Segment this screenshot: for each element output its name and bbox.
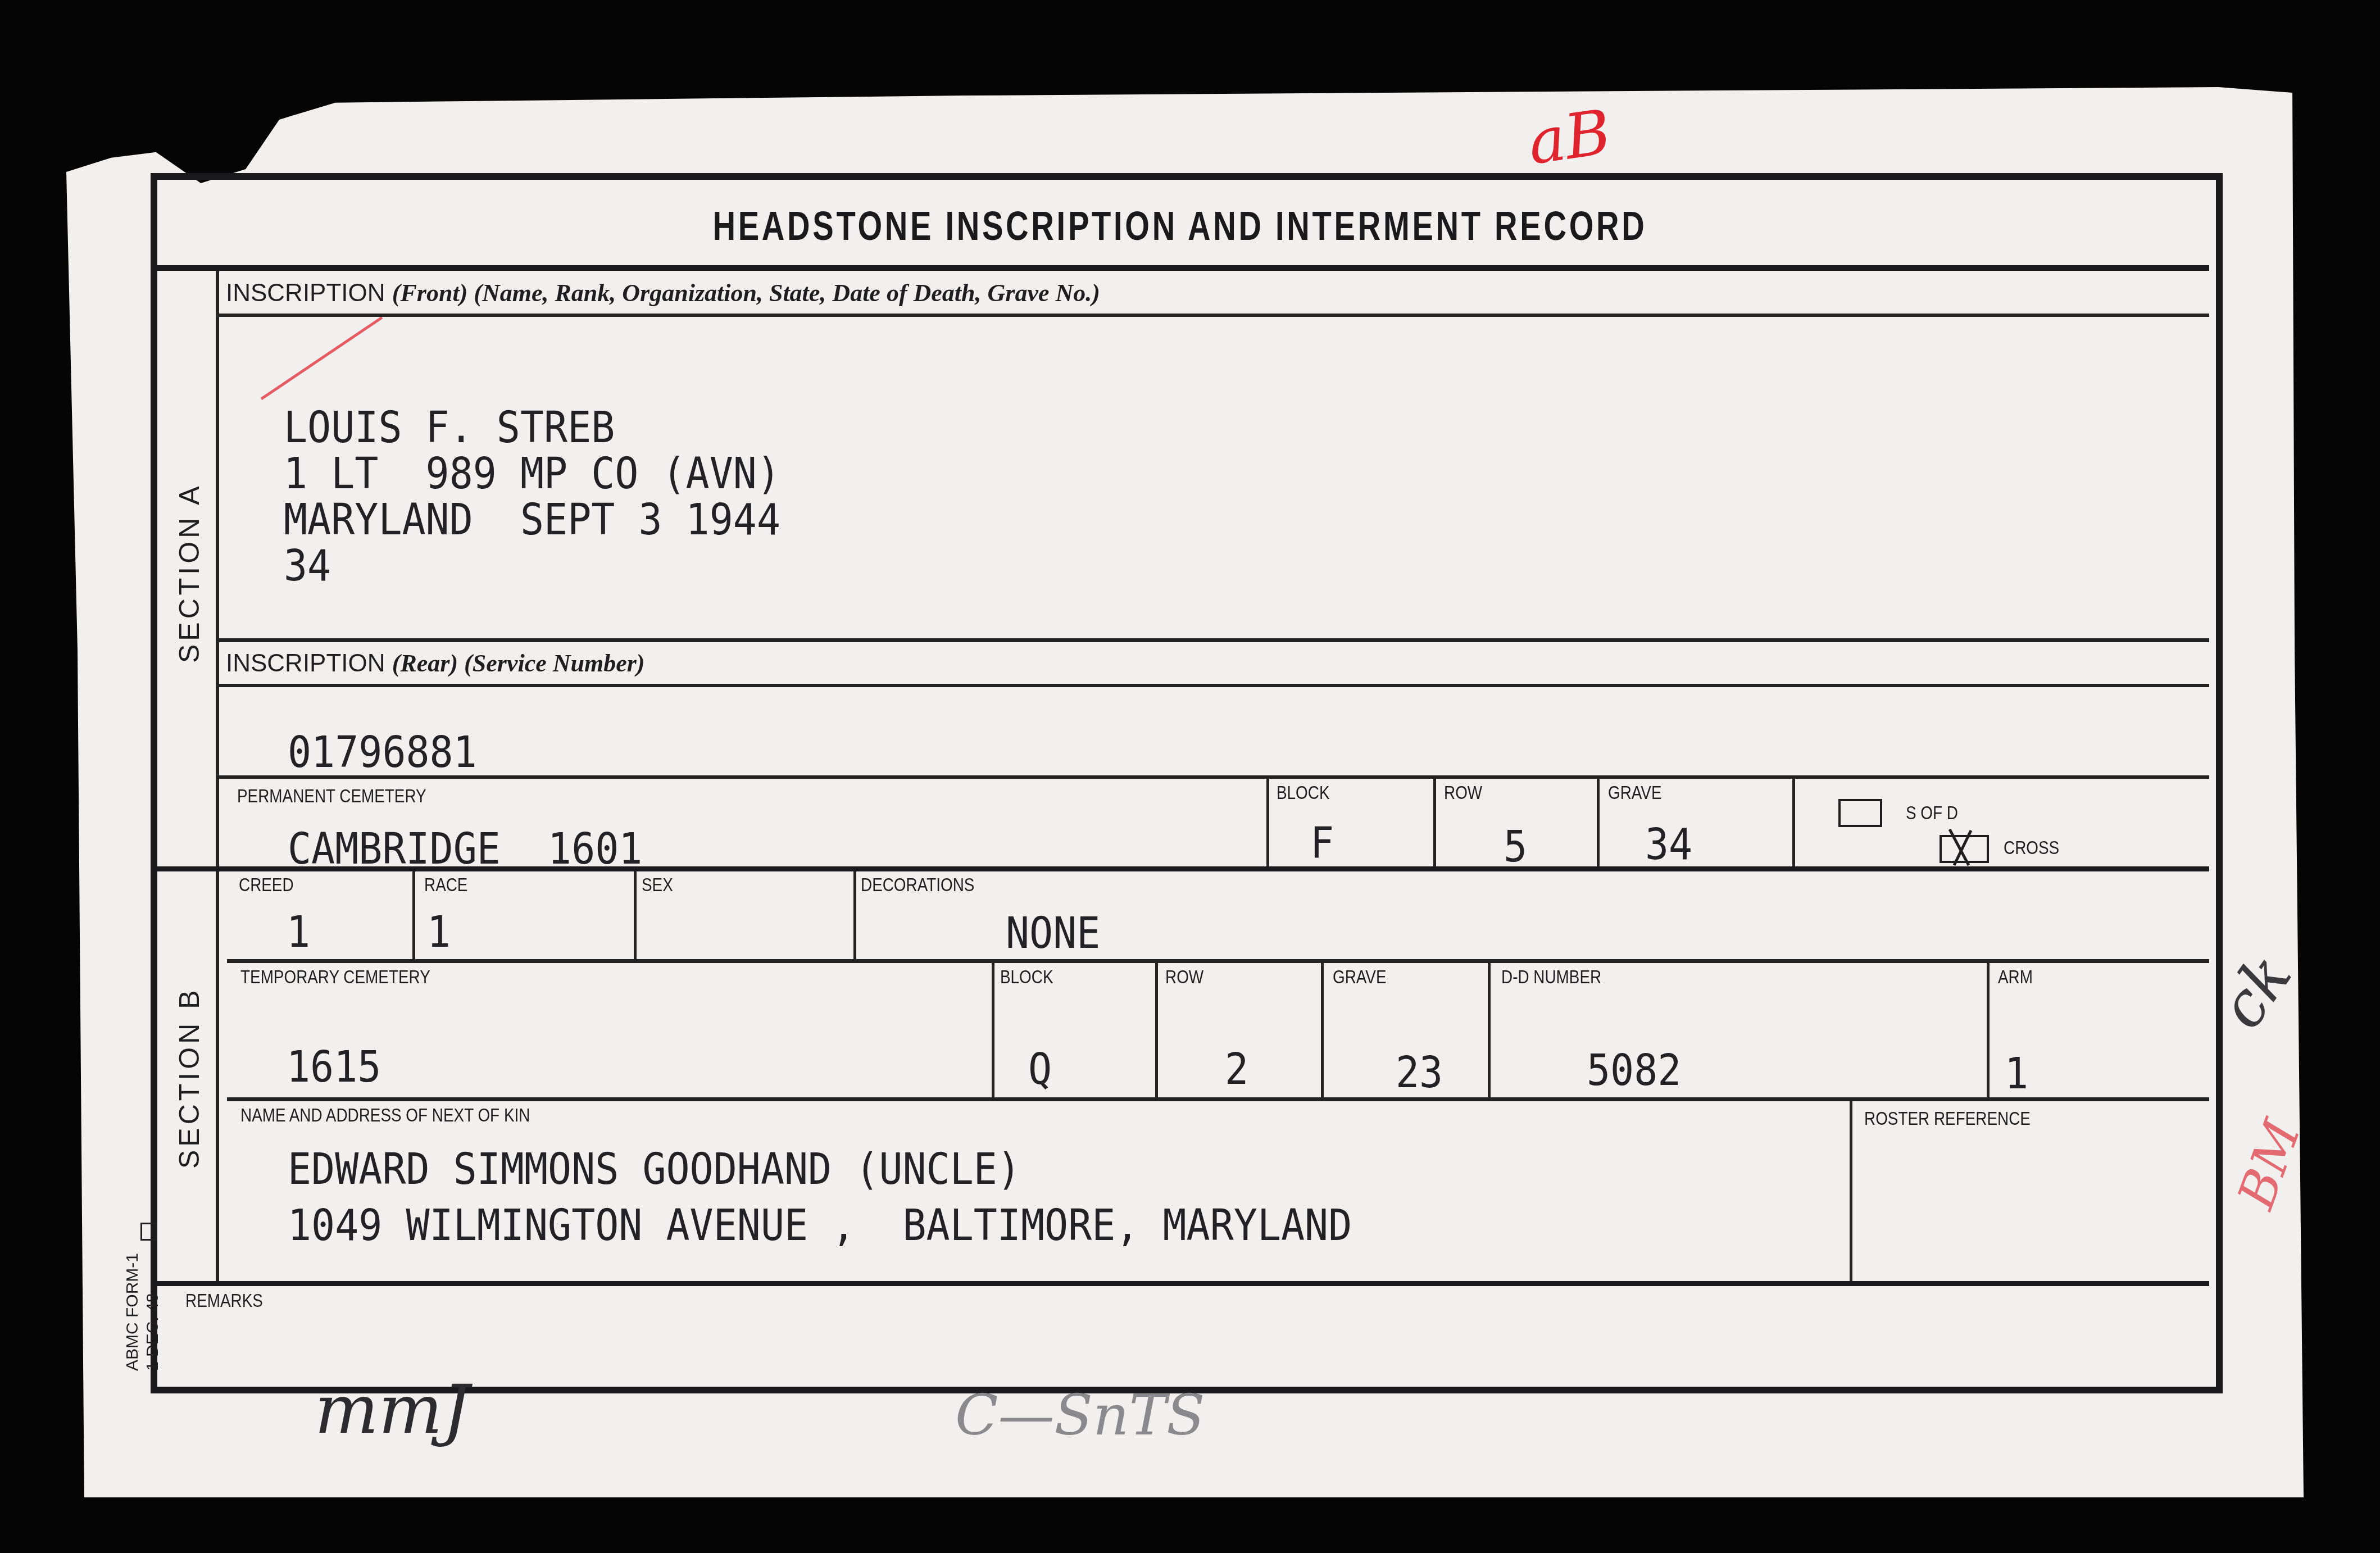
temp-grave-label: GRAVE xyxy=(1333,966,1387,988)
perm-grave-col xyxy=(1597,777,1600,868)
perm-block-value: F xyxy=(1310,820,1334,866)
next-of-kin-line-1: EDWARD SIMMONS GOODHAND (UNCLE) xyxy=(288,1146,1021,1192)
inscription-rear-hint: (Rear) (Service Number) xyxy=(392,650,645,677)
title-divider xyxy=(157,265,2209,271)
perm-row-label: ROW xyxy=(1444,782,1482,804)
roster-reference-label: ROSTER REFERENCE xyxy=(1864,1108,2031,1130)
rear-top-divider xyxy=(219,638,2209,642)
inscription-front-hint: (Front) (Name, Rank, Organization, State… xyxy=(392,279,1100,307)
next-of-kin-label: NAME AND ADDRESS OF NEXT OF KIN xyxy=(240,1105,530,1127)
temp-cemetery-label: TEMPORARY CEMETERY xyxy=(240,966,430,988)
next-of-kin-divider xyxy=(227,1097,2209,1101)
pencil-signature-bottom-left: mmJ xyxy=(315,1371,470,1449)
temp-cemetery-divider xyxy=(227,959,2209,963)
cross-checkbox[interactable] xyxy=(1940,835,1989,863)
perm-row-col xyxy=(1433,777,1436,868)
inscription-rear-label-text: INSCRIPTION xyxy=(226,650,385,677)
inscription-front-line-4: 34 xyxy=(284,543,331,588)
section-a-label: SECTION A xyxy=(173,483,206,663)
cross-label: CROSS xyxy=(2004,837,2059,859)
red-initials-top: aB xyxy=(1524,96,1615,178)
service-number: 01796881 xyxy=(288,729,477,775)
temp-block-col xyxy=(992,962,994,1098)
form-id-line-1: ABMC FORM-1 xyxy=(122,1253,143,1371)
perm-cemetery-value: CAMBRIDGE 1601 xyxy=(288,826,642,871)
roster-col xyxy=(1850,1100,1852,1283)
inscription-front-line-1: LOUIS F. STREB xyxy=(284,405,615,450)
perm-row-value: 5 xyxy=(1504,824,1527,869)
temp-cemetery-value: 1615 xyxy=(287,1044,381,1089)
inscription-front-label: INSCRIPTION (Front) (Name, Rank, Organiz… xyxy=(226,279,1100,307)
inscription-front-label-text: INSCRIPTION xyxy=(226,279,385,307)
x-mark-icon xyxy=(1940,828,1984,868)
temp-grave-col xyxy=(1321,962,1324,1098)
arm-col xyxy=(1987,962,1990,1098)
pencil-signature-bottom-center: C—SnTS xyxy=(955,1382,1205,1448)
perm-grave-value: 34 xyxy=(1645,821,1692,867)
perm-grave-label: GRAVE xyxy=(1608,782,1662,804)
s-of-d-label: S OF D xyxy=(1906,802,1958,824)
dd-number-label: D-D NUMBER xyxy=(1501,966,1601,988)
remarks-divider xyxy=(157,1281,2209,1286)
temp-row-label: ROW xyxy=(1165,966,1203,988)
form-id-checkbox[interactable] xyxy=(140,1223,157,1241)
front-header-divider xyxy=(219,314,2209,317)
s-of-d-checkbox[interactable] xyxy=(1838,799,1882,827)
rear-header-divider xyxy=(219,684,2209,687)
temp-row-value: 2 xyxy=(1225,1046,1248,1092)
remarks-label: REMARKS xyxy=(185,1290,263,1312)
race-label: RACE xyxy=(424,874,467,896)
inscription-rear-label: INSCRIPTION (Rear) (Service Number) xyxy=(226,649,644,678)
race-value: 1 xyxy=(427,909,451,955)
decorations-value: NONE xyxy=(1006,910,1100,956)
dd-number-col xyxy=(1488,962,1491,1098)
sex-label: SEX xyxy=(642,874,673,896)
temp-block-label: BLOCK xyxy=(1000,966,1053,988)
inscription-front-line-3: MARYLAND SEPT 3 1944 xyxy=(284,497,780,542)
creed-label: CREED xyxy=(239,874,294,896)
perm-block-col xyxy=(1266,777,1269,868)
next-of-kin-line-2: 1049 WILMINGTON AVENUE , BALTIMORE, MARY… xyxy=(288,1202,1352,1248)
marker-col xyxy=(1792,777,1795,868)
sex-col xyxy=(634,871,637,961)
perm-cemetery-divider xyxy=(219,775,2209,779)
section-b-label: SECTION B xyxy=(173,987,206,1169)
section-b-divider xyxy=(157,866,2209,871)
arm-label: ARM xyxy=(1998,966,2033,988)
perm-block-label: BLOCK xyxy=(1277,782,1330,804)
arm-value: 1 xyxy=(2005,1051,2028,1096)
inscription-front-line-2: 1 LT 989 MP CO (AVN) xyxy=(284,451,780,496)
temp-grave-value: 23 xyxy=(1396,1050,1443,1095)
form-id: ABMC FORM-1 1 DEC. 48 xyxy=(122,1253,163,1371)
decorations-label: DECORATIONS xyxy=(861,874,974,896)
temp-row-col xyxy=(1155,962,1158,1098)
dd-number-value: 5082 xyxy=(1587,1047,1681,1093)
creed-value: 1 xyxy=(287,909,310,955)
temp-block-value: Q xyxy=(1028,1046,1052,1092)
perm-cemetery-label: PERMANENT CEMETERY xyxy=(237,785,426,807)
race-col xyxy=(412,871,415,961)
form-id-line-2: 1 DEC. 48 xyxy=(143,1253,163,1371)
decorations-col xyxy=(853,871,856,961)
form-title: HEADSTONE INSCRIPTION AND INTERMENT RECO… xyxy=(382,203,1977,249)
